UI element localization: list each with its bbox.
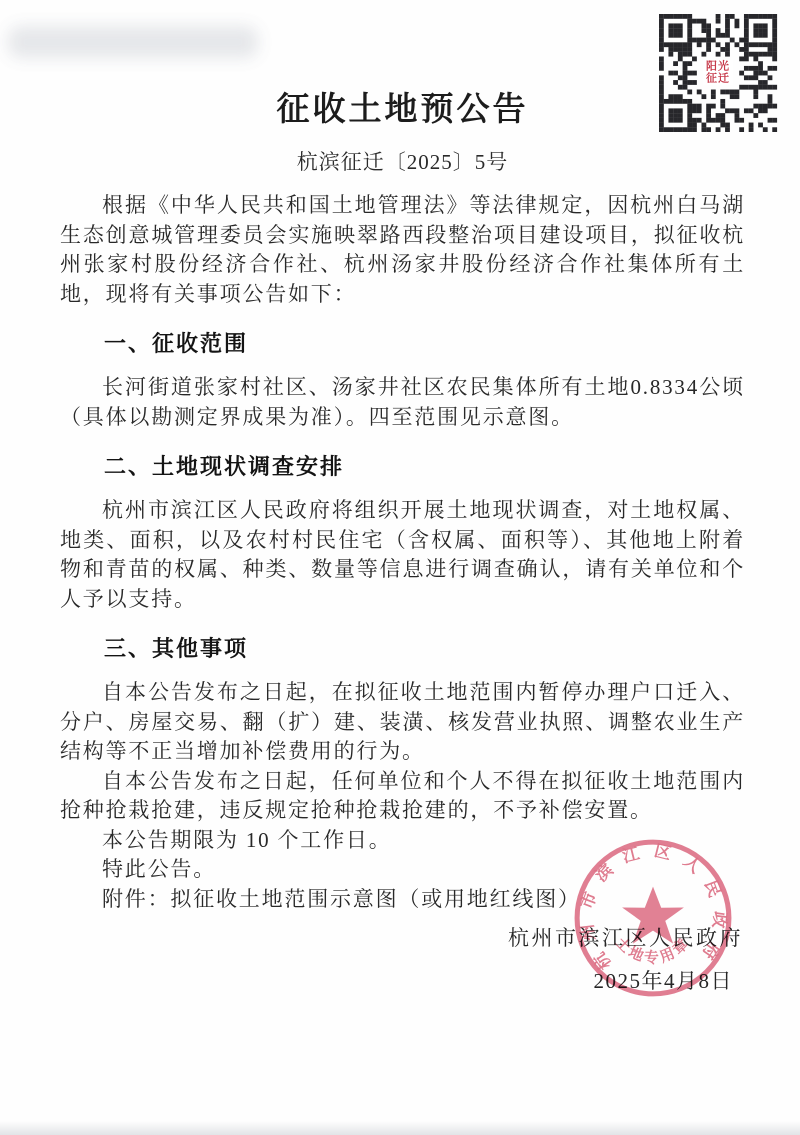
notice-title: 征收土地预公告 (60, 88, 745, 132)
issuer-signature: 杭州市滨江区人民政府 (60, 923, 745, 953)
section-paragraph: 杭州市滨江区人民政府将组织开展土地现状调查，对土地权属、地类、面积，以及农村村民… (60, 496, 745, 614)
notice-content: 征收土地预公告 杭滨征迁〔2025〕5号 根据《中华人民共和国土地管理法》等法律… (0, 0, 800, 996)
section-paragraph: 特此公告。 (60, 855, 745, 885)
section-heading: 二、土地现状调查安排 (60, 452, 745, 482)
sections: 一、征收范围长河街道张家村社区、汤家井社区农民集体所有土地0.8334公顷（具体… (60, 329, 745, 914)
page-bottom-shadow (0, 1121, 800, 1135)
section-paragraph: 本公告期限为 10 个工作日。 (60, 826, 745, 856)
section-heading: 一、征收范围 (60, 329, 745, 359)
intro-paragraph: 根据《中华人民共和国土地管理法》等法律规定，因杭州白马湖生态创意城管理委员会实施… (60, 191, 745, 309)
section-heading: 三、其他事项 (60, 634, 745, 664)
section-paragraph: 自本公告发布之日起，任何单位和个人不得在拟征收土地范围内抢种抢栽抢建，违反规定抢… (60, 767, 745, 826)
issue-date: 2025年4月8日 (60, 966, 745, 996)
document-page: 阳光 征迁 征收土地预公告 杭滨征迁〔2025〕5号 根据《中华人民共和国土地管… (0, 0, 800, 1135)
section-paragraph: 长河街道张家村社区、汤家井社区农民集体所有土地0.8334公顷（具体以勘测定界成… (60, 373, 745, 432)
doc-number: 杭滨征迁〔2025〕5号 (60, 148, 745, 176)
section-paragraph: 自本公告发布之日起，在拟征收土地范围内暂停办理户口迁入、分户、房屋交易、翻（扩）… (60, 678, 745, 767)
signature-block: 杭州市滨江区人民政府 2025年4月8日 (60, 923, 745, 996)
section-paragraph: 附件：拟征收土地范围示意图（或用地红线图） (60, 885, 745, 915)
